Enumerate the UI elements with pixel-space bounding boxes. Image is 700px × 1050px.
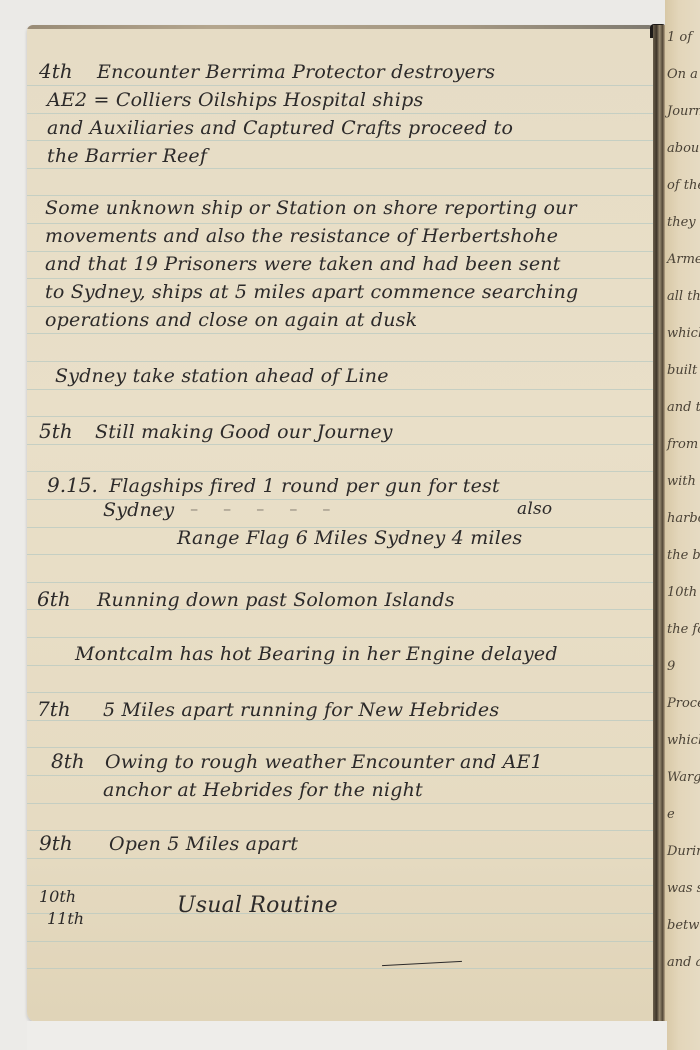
rule-line — [27, 444, 653, 445]
facing-page-fragment: 10th — [667, 585, 697, 600]
rule-line — [27, 306, 653, 307]
rule-line — [27, 941, 653, 942]
facing-page-fragment: Proce — [667, 696, 700, 711]
entry-line: Sydney take station ahead of Line — [55, 365, 389, 387]
facing-page-fragment: of the — [667, 178, 700, 193]
facing-page-fragment: During — [667, 844, 700, 859]
facing-page-fragment: 9 — [667, 659, 675, 674]
diary-page: 4th Encounter Berrima Protector destroye… — [27, 25, 653, 1022]
entry-line: to Sydney, ships at 5 miles apart commen… — [45, 281, 578, 303]
rule-line — [27, 858, 653, 859]
date-6th: 6th — [37, 587, 71, 611]
facing-page-fragment: with gun — [667, 474, 700, 489]
time-9-15: 9.15. — [47, 473, 98, 497]
facing-page-fragment: On a — [667, 67, 698, 82]
backdrop-bottom — [27, 1021, 667, 1050]
rule-line — [27, 775, 653, 776]
entry-line: operations and close on again at dusk — [45, 309, 417, 331]
underline-stroke — [382, 961, 462, 966]
entry-line: the Barrier Reef — [47, 145, 207, 167]
rule-line — [27, 140, 653, 141]
facing-page-fragment: Journey — [667, 104, 700, 119]
rule-line — [27, 223, 653, 224]
facing-page-fragment: Armed — [667, 252, 700, 267]
rule-line — [27, 278, 653, 279]
entry-line: and Auxiliaries and Captured Crafts proc… — [47, 117, 513, 139]
rule-line — [27, 333, 653, 334]
facing-page-fragment: the four — [667, 622, 700, 637]
rule-line — [27, 637, 653, 638]
rule-line — [27, 168, 653, 169]
rule-line — [27, 885, 653, 886]
entry-line: Some unknown ship or Station on shore re… — [45, 197, 577, 219]
rule-line — [27, 665, 653, 666]
facing-page-fragment: built up — [667, 363, 700, 378]
facing-page-fragment: e — [667, 807, 675, 822]
date-10th: 10th — [39, 887, 76, 906]
rule-line — [27, 830, 653, 831]
entry-line: Encounter Berrima Protector destroyers — [97, 61, 495, 83]
rule-line — [27, 968, 653, 969]
rule-line — [27, 692, 653, 693]
entry-line: movements and also the resistance of Her… — [45, 225, 558, 247]
facing-page-fragment: Warge — [667, 770, 700, 785]
book-gutter — [653, 25, 665, 1025]
facing-page-fragment: about 4 — [667, 141, 700, 156]
entry-line: Open 5 Miles apart — [109, 833, 298, 855]
facing-page-fragment: which — [667, 326, 700, 341]
entry-line: Montcalm has hot Bearing in her Engine d… — [75, 643, 558, 665]
facing-page-fragment: between — [667, 918, 700, 933]
rule-line — [27, 582, 653, 583]
rule-line — [27, 747, 653, 748]
rule-line — [27, 554, 653, 555]
date-5th: 5th — [39, 419, 73, 443]
entry-line: Running down past Solomon Islands — [97, 589, 455, 611]
date-7th: 7th — [37, 697, 71, 721]
entry-line: Flagships fired 1 round per gun for test — [109, 475, 500, 497]
entry-line: Range Flag 6 Miles Sydney 4 miles — [177, 527, 522, 549]
rule-line — [27, 113, 653, 114]
facing-page-fragment: and th — [667, 400, 700, 415]
rule-line — [27, 251, 653, 252]
facing-page-fragment: from la — [667, 437, 700, 452]
annotation-also: also — [517, 499, 552, 519]
facing-page-fragment: all the — [667, 289, 700, 304]
facing-page-fragment: was sign — [667, 881, 700, 896]
date-9th: 9th — [39, 831, 73, 855]
rule-line — [27, 913, 653, 914]
facing-page-fragment: and a — [667, 955, 700, 970]
rule-line — [27, 471, 653, 472]
entry-line: Still making Good our Journey — [95, 421, 393, 443]
rule-line — [27, 85, 653, 86]
dash-marks: – – – – – – — [157, 499, 340, 518]
entry-line: anchor at Hebrides for the night — [103, 779, 423, 801]
facing-page-fragment: the bilge — [667, 548, 700, 563]
rule-line — [27, 803, 653, 804]
entry-line: Owing to rough weather Encounter and AE1 — [105, 751, 543, 773]
entry-line: 5 Miles apart running for New Hebrides — [103, 699, 499, 721]
entry-line: and that 19 Prisoners were taken and had… — [45, 253, 561, 275]
facing-page-fragment: 1 of — [667, 30, 692, 45]
date-11th: 11th — [47, 909, 84, 928]
rule-line — [27, 389, 653, 390]
ruled-lines — [27, 25, 653, 1022]
facing-page: 1 ofOn aJourneyabout 4of thethey aArmeda… — [665, 0, 700, 1050]
rule-line — [27, 416, 653, 417]
rule-line — [27, 195, 653, 196]
facing-page-fragment: harbour — [667, 511, 700, 526]
rule-line — [27, 361, 653, 362]
date-8th: 8th — [51, 749, 85, 773]
facing-page-fragment: which — [667, 733, 700, 748]
entry-line: Usual Routine — [177, 893, 338, 918]
entry-line: AE2 = Colliers Oilships Hospital ships — [47, 89, 423, 111]
facing-page-fragment: they a — [667, 215, 700, 230]
date-4th: 4th — [39, 59, 73, 83]
